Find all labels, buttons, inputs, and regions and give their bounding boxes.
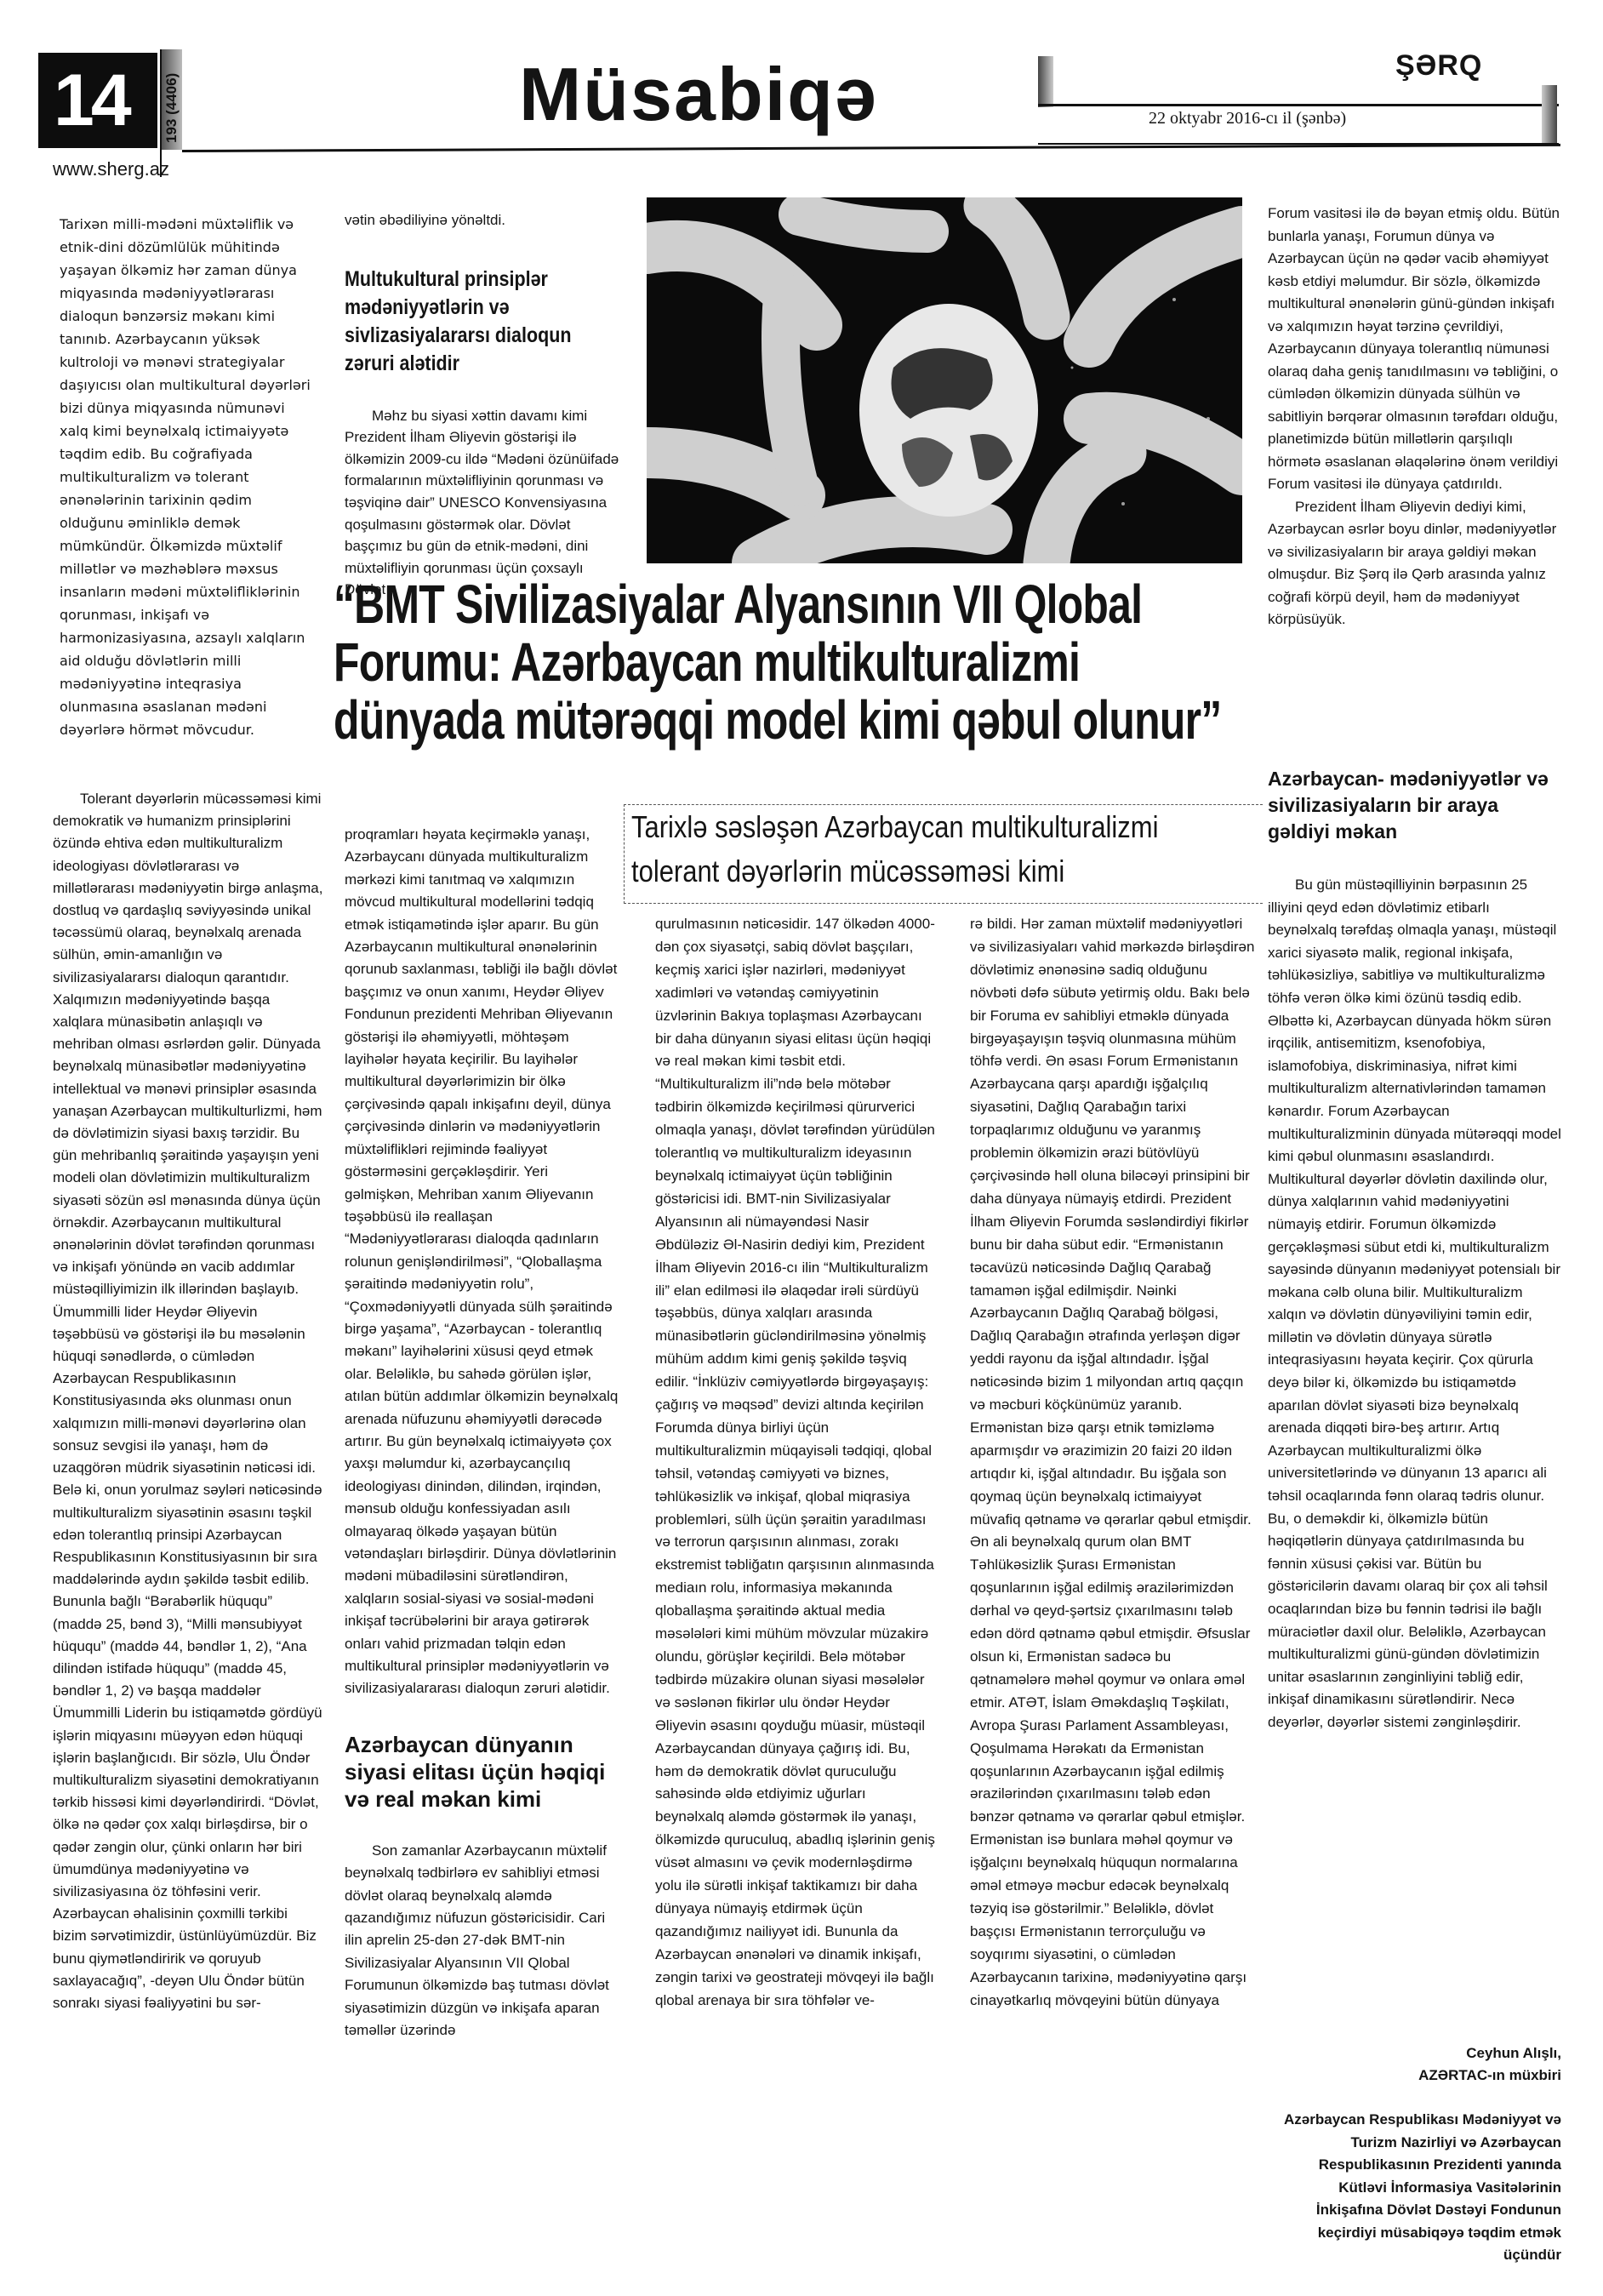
subheading: Multukultural prinsiplər mədəniyyətlərin… bbox=[345, 266, 620, 378]
subheadline-line: tolerant dəyərlərin mücəssəməsi kimi bbox=[631, 849, 1158, 894]
author-role: AZƏRTAC-ın müxbiri bbox=[1327, 2065, 1561, 2087]
body-paragraph: Məhz bu siyasi xəttin davamı kimi Prezid… bbox=[345, 405, 621, 601]
competition-credit: Azərbaycan Respublikası Mədəniyyət və Tu… bbox=[1276, 2109, 1561, 2267]
author-name: Ceyhun Alışlı, bbox=[1327, 2042, 1561, 2065]
body-paragraph: Son zamanlar Azərbaycanın müxtəlif beynə… bbox=[345, 1840, 621, 2042]
headline-line: dünyada mütərəqqi model kimi qəbul olunu… bbox=[334, 691, 1269, 749]
issue-date: 22 oktyabr 2016-cı il (şənbə) bbox=[1149, 109, 1346, 129]
body-paragraph: vətin əbədiliyinə yönəltdi. bbox=[345, 209, 621, 231]
subheadline-line: Tarixlə səsləşən Azərbaycan multikultura… bbox=[631, 805, 1158, 849]
article-byline: Ceyhun Alışlı, AZƏRTAC-ın müxbiri bbox=[1327, 2042, 1561, 2087]
article-subheadline: Tarixlə səsləşən Azərbaycan multikultura… bbox=[631, 805, 1158, 894]
column-2-bottom: proqramları həyata keçirməklə yanaşı, Az… bbox=[345, 824, 621, 2042]
body-paragraph: Prezident İlham Əliyevin dediyi kimi, Az… bbox=[1268, 496, 1561, 631]
column-4: rə bildi. Hər zaman müxtəlif mədəniyyətl… bbox=[970, 913, 1255, 2013]
column-1: Tolerant dəyərlərin mücəssəməsi kimi dem… bbox=[53, 788, 323, 2014]
globe-hands-icon bbox=[647, 197, 1242, 563]
article-intro: Tarixən milli-mədəni müxtəliflik və etni… bbox=[60, 213, 315, 741]
body-paragraph: proqramları həyata keçirməklə yanaşı, Az… bbox=[345, 824, 621, 1700]
body-paragraph: Tolerant dəyərlərin mücəssəməsi kimi dem… bbox=[53, 788, 323, 2014]
section-title: Müsabiqə bbox=[519, 51, 878, 138]
column-3: qurulmasının nəticəsidir. 147 ölkədən 40… bbox=[655, 913, 936, 2013]
article-headline: “BMT Sivilizasiyalar Alyansının VII Qlob… bbox=[334, 575, 1269, 749]
column-2-top: vətin əbədiliyinə yönəltdi. Multukultura… bbox=[345, 209, 621, 601]
masthead-rule bbox=[182, 144, 1560, 152]
website-link[interactable]: www.sherg.az bbox=[53, 158, 169, 180]
brand-rule bbox=[1038, 104, 1559, 106]
globe-hands-photo bbox=[647, 197, 1242, 563]
newspaper-brand: ŞƏRQ bbox=[1395, 49, 1482, 83]
column-5-top: Forum vasitəsi ilə də bəyan etmiş oldu. … bbox=[1268, 203, 1561, 631]
issue-number-strip: 193 (4406) bbox=[162, 49, 182, 150]
body-paragraph: Bu gün müstəqilliyinin bərpasının 25 ill… bbox=[1268, 874, 1561, 1734]
body-paragraph: Forum vasitəsi ilə də bəyan etmiş oldu. … bbox=[1268, 203, 1561, 496]
masthead-shade-right bbox=[1542, 85, 1557, 145]
subheading: Azərbaycan- mədəniyyətlər və sivilizasiy… bbox=[1268, 766, 1561, 845]
headline-line: Forumu: Azərbaycan multikulturalizmi bbox=[334, 633, 1269, 691]
intro-paragraph: Tarixən milli-mədəni müxtəliflik və etni… bbox=[60, 213, 315, 741]
page-number: 14 bbox=[38, 53, 157, 148]
subheading: Azərbaycan dünyanın siyasi elitası üçün … bbox=[345, 1731, 621, 1813]
issue-number: 193 (4406) bbox=[163, 73, 180, 143]
column-5-bottom: Azərbaycan- mədəniyyətlər və sivilizasiy… bbox=[1268, 766, 1561, 1734]
masthead-shade-left bbox=[1038, 56, 1053, 107]
body-paragraph: qurulmasının nəticəsidir. 147 ölkədən 40… bbox=[655, 913, 936, 2013]
body-paragraph: rə bildi. Hər zaman müxtəlif mədəniyyətl… bbox=[970, 913, 1255, 2013]
